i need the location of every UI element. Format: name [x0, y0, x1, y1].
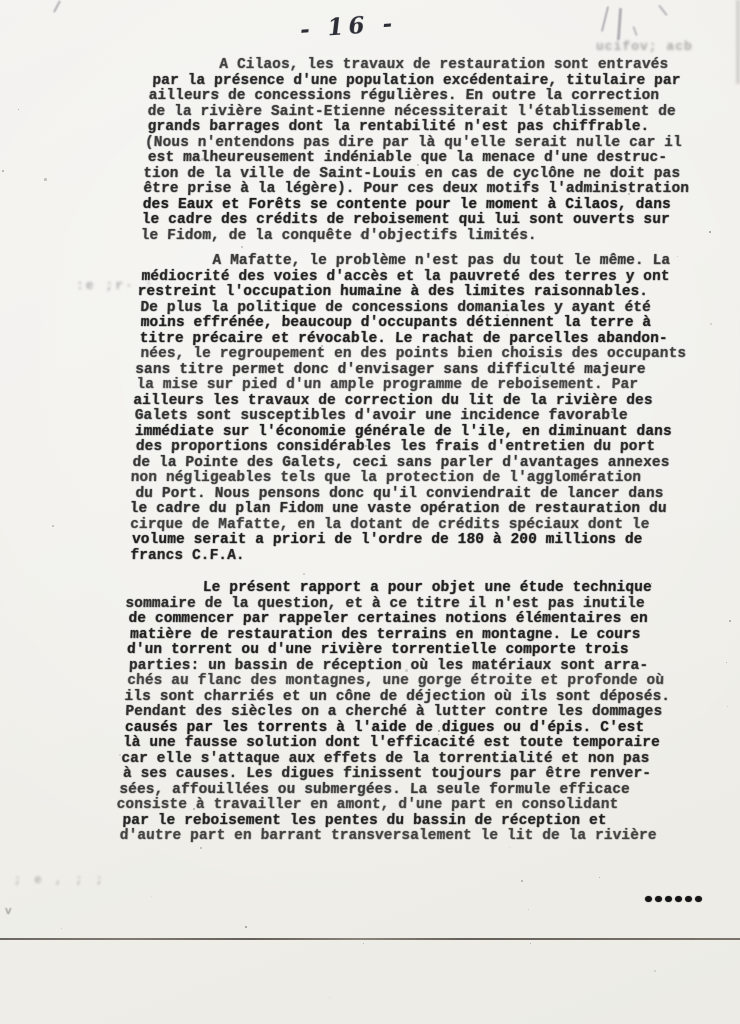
pencil-mark — [632, 26, 637, 36]
ghost-text-top-right: ucifov; acb — [596, 39, 693, 54]
scan-speck — [692, 938, 693, 939]
ghost-text-bottom-left: ; e , ; ; — [14, 873, 106, 887]
scan-speck — [387, 183, 389, 185]
dot — [645, 896, 652, 902]
scan-speck — [151, 896, 152, 897]
scan-speck — [509, 847, 510, 848]
scan-speck — [329, 997, 330, 998]
text-line: ils sont charriés et un cône de déjectio… — [124, 690, 715, 706]
text-line: par la présence d'une population excéden… — [152, 74, 740, 90]
text-line: être prise à la légère). Pour ces deux m… — [143, 182, 734, 198]
text-line: De plus la politique de concessions doma… — [140, 301, 731, 317]
pencil-mark — [617, 8, 622, 40]
dot — [655, 896, 662, 902]
text-line: grands barrages dont la rentabilité n'es… — [147, 120, 738, 136]
pencil-mark — [53, 0, 61, 12]
text-line: le cadre des crédits de reboisement qui … — [141, 213, 732, 229]
scan-speck — [726, 662, 727, 663]
text-line: Le présent rapport a pour objet une étud… — [129, 581, 720, 597]
text-line: le cadre du plan Fidom une vaste opérati… — [129, 502, 720, 518]
dot — [685, 896, 692, 902]
pencil-mark — [601, 6, 609, 32]
scan-speck — [52, 525, 54, 527]
scan-speck — [360, 234, 363, 237]
scan-speck — [245, 926, 247, 928]
trailing-dots — [645, 896, 702, 902]
text-line: non négligeables tels que la protection … — [130, 471, 721, 487]
scan-speck — [200, 847, 202, 849]
text-line: A Mafatte, le problème n'est pas du tout… — [139, 254, 730, 270]
scan-speck — [539, 375, 541, 377]
text-line: là une fausse solution dont l'efficacité… — [123, 736, 714, 752]
text-line: immédiate sur l'économie générale de l'i… — [134, 425, 725, 441]
scan-speck — [420, 377, 421, 378]
text-line: volume serait a priori de l'ordre de 180… — [132, 533, 723, 549]
ghost-mark-bottom-left: v — [5, 906, 12, 918]
scan-speck — [201, 158, 204, 161]
scan-speck — [654, 970, 656, 972]
dot — [675, 896, 682, 902]
text-line: la mise sur pied d'un ample programme de… — [136, 378, 727, 394]
dot — [665, 896, 672, 902]
paragraph: Le présent rapport a pour objet une étud… — [118, 581, 719, 845]
text-line: cirque de Mafatte, en la dotant de crédi… — [130, 518, 721, 534]
document-body: A Cilaos, les travaux de restauration so… — [0, 58, 740, 845]
scan-speck — [599, 877, 600, 878]
text-line: de la rivière Saint-Etienne nécessiterai… — [147, 105, 738, 121]
text-line: est malheureusement indéniable que la me… — [147, 151, 738, 167]
text-line: Pendant des siècles on a cherché à lutte… — [125, 705, 716, 721]
text-line: le Fidom, de la conquête d'objectifs lim… — [140, 229, 731, 245]
text-line: causés par les torrents à l'aide de digu… — [125, 721, 716, 737]
text-line: chés au flanc des montagnes, une gorge é… — [127, 674, 718, 690]
scan-speck — [727, 706, 728, 707]
text-line: médiocrité des voies d'accès et la pauvr… — [141, 270, 732, 286]
scan-speck — [611, 411, 613, 413]
page-number: - 16 - — [299, 10, 398, 44]
text-line: ailleurs les travaux de correction du li… — [133, 394, 724, 410]
scan-speck — [417, 164, 419, 166]
scan-speck — [217, 92, 219, 94]
scan-speck — [571, 81, 573, 83]
text-line: des Eaux et Forêts se contente pour le m… — [142, 198, 733, 214]
text-line: d'un torrent ou d'une rivière torrentiel… — [127, 643, 718, 659]
scan-speck — [438, 734, 439, 735]
scan-speck — [288, 621, 290, 623]
text-line: à ses causes. Les digues finissent toujo… — [123, 767, 714, 783]
scan-speck — [321, 345, 323, 347]
text-line: de la Pointe des Galets, ceci sans parle… — [132, 456, 723, 472]
scan-speck — [211, 533, 212, 534]
text-line: moins effrénée, beaucoup d'occupants dét… — [140, 316, 731, 332]
text-line: (Nous n'entendons pas dire par là qu'ell… — [145, 136, 736, 152]
scan-speck — [281, 803, 282, 804]
scan-speck — [61, 928, 62, 929]
footer-rule — [0, 938, 740, 940]
scan-speck — [530, 943, 531, 944]
scan-speck — [528, 909, 529, 910]
text-line: A Cilaos, les travaux de restauration so… — [146, 58, 737, 74]
scan-speck — [519, 174, 521, 176]
text-line: francs C.F.A. — [130, 549, 721, 565]
paragraph: A Mafatte, le problème n'est pas du tout… — [130, 254, 732, 564]
text-line: parties: un bassin de réception où les m… — [129, 659, 720, 675]
text-line: matière de restauration des terrains en … — [130, 628, 721, 644]
scan-speck — [521, 880, 523, 882]
text-line: ailleurs de concessions régulières. En o… — [148, 89, 739, 105]
text-line: de commencer par rappeler certaines noti… — [128, 612, 719, 628]
scan-speck — [363, 943, 364, 944]
scan-speck — [193, 808, 195, 810]
pencil-mark — [658, 5, 667, 16]
text-line: tion de la ville de Saint-Louis en cas d… — [143, 167, 734, 183]
text-line: nées, le regroupement en des points bien… — [140, 347, 731, 363]
scan-speck — [611, 142, 613, 144]
text-line: par le reboisement les pentes du bassin … — [122, 814, 713, 830]
scan-speck — [351, 174, 353, 176]
text-line: restreint l'occupation humaine à des lim… — [137, 285, 728, 301]
scan-speck — [438, 730, 440, 732]
scanned-page: - 16 - ucifov; acb :e ;r· : ; e , ; ; v … — [0, 0, 740, 1024]
scan-speck — [401, 171, 403, 173]
scan-speck — [241, 246, 243, 248]
text-line: consiste à travailler en amont, d'une pa… — [116, 798, 707, 814]
text-line: titre précaire et révocable. Le rachat d… — [139, 332, 730, 348]
text-line: Galets sont susceptibles d'avoir une inc… — [134, 409, 725, 425]
text-line: sans titre permet donc d'envisager sans … — [135, 363, 726, 379]
scan-speck — [44, 178, 47, 181]
text-line: des proportions considérables les frais … — [135, 440, 726, 456]
dot — [695, 896, 702, 902]
text-line: du Port. Nous pensons donc qu'il convien… — [135, 487, 726, 503]
scan-speck — [405, 669, 408, 672]
paragraph: A Cilaos, les travaux de restauration so… — [143, 58, 740, 244]
scan-speck — [729, 620, 731, 622]
text-line: d'autre part en barrant transversalement… — [119, 829, 710, 845]
text-line: car elle s'attaque aux effets de la torr… — [121, 752, 712, 768]
text-line: sées, affouillées ou submergées. La seul… — [119, 783, 710, 799]
text-line: sommaire de la question, et à ce titre i… — [125, 597, 716, 613]
